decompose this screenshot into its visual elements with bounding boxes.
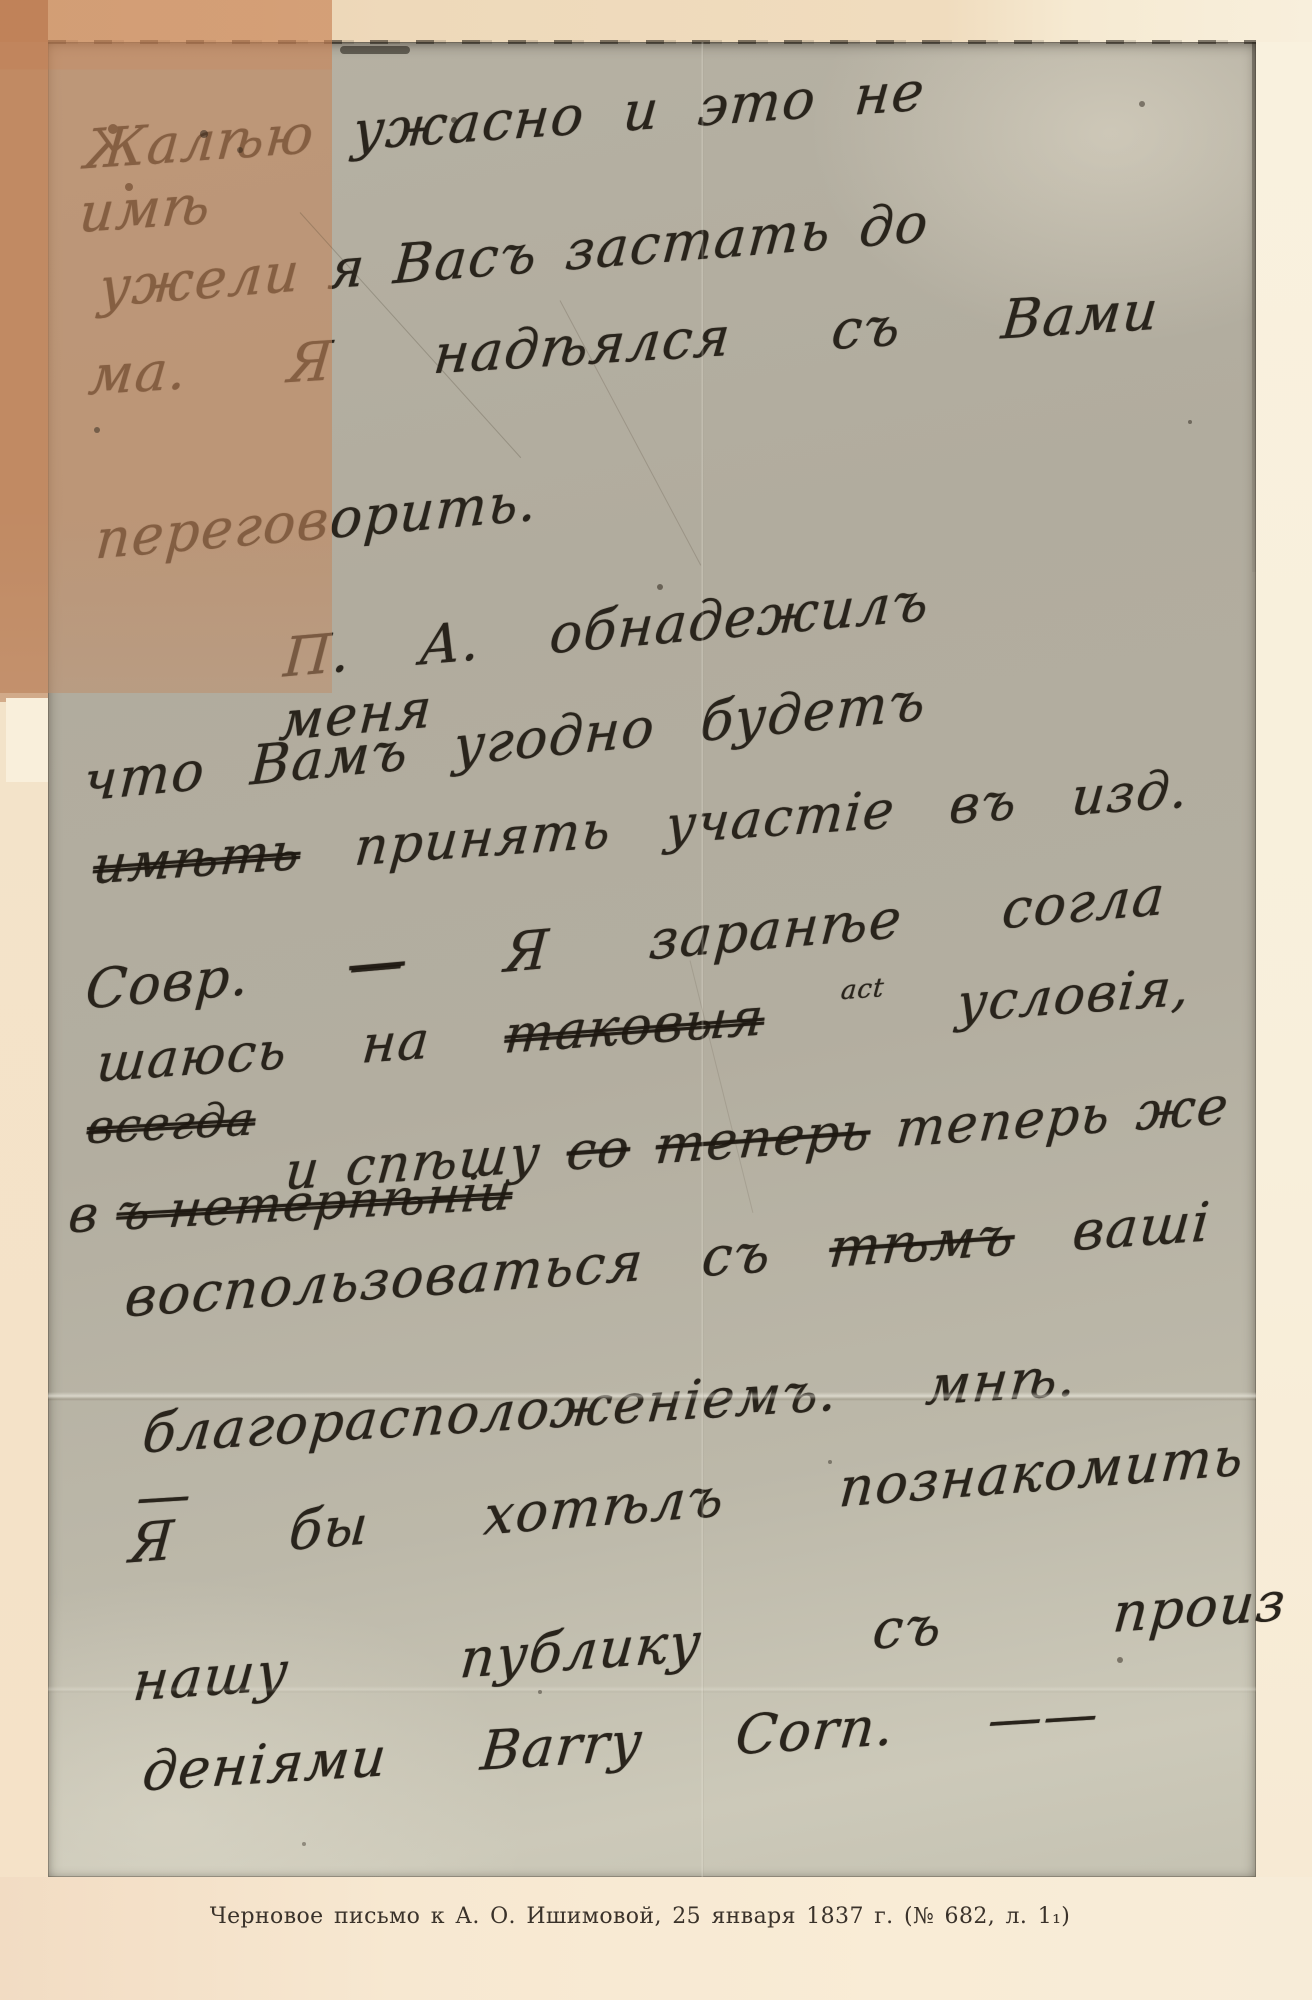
manuscript-word-struck: таковыя [502,987,767,1066]
manuscript-word: ваші [1070,1190,1213,1263]
manuscript-word-struck: — [347,930,407,998]
manuscript-word: условія, [955,957,1193,1034]
plate-caption: Черновое письмо к А. О. Ишимовой, 25 янв… [140,1904,1140,1929]
manuscript-word: в [66,1184,103,1244]
horizontal-fold-crease-lower [48,1686,1256,1693]
manuscript-word: Совр. [84,944,252,1022]
manuscript-word: act [840,973,886,1006]
horizontal-fold-crease [48,1392,1256,1401]
tan-stain-overlay [0,0,332,693]
manuscript-word-struck: всегда [84,1091,258,1154]
manuscript-word: воспользоваться съ [122,1221,774,1330]
left-edge-stain [0,0,48,702]
manuscript-line: всегда [84,1088,309,1154]
vertical-fold-crease [701,42,704,1877]
manuscript-word: теперь же [894,1076,1232,1160]
manuscript-word-struck: ъ нетерпѣніи [114,1163,516,1242]
manuscript-word-struck: теперь [653,1101,873,1177]
margin-light-patch [6,698,48,782]
manuscript-word-struck: тѣмъ [827,1204,1018,1280]
manuscript-word-struck: имѣть [91,822,303,897]
manuscript-word: принять участіе въ изд. [352,759,1191,878]
book-page: Жалѣю ужасно и это не имѣужели я Васъ за… [0,0,1312,2000]
manuscript-word: шаюсь на [94,1011,433,1095]
